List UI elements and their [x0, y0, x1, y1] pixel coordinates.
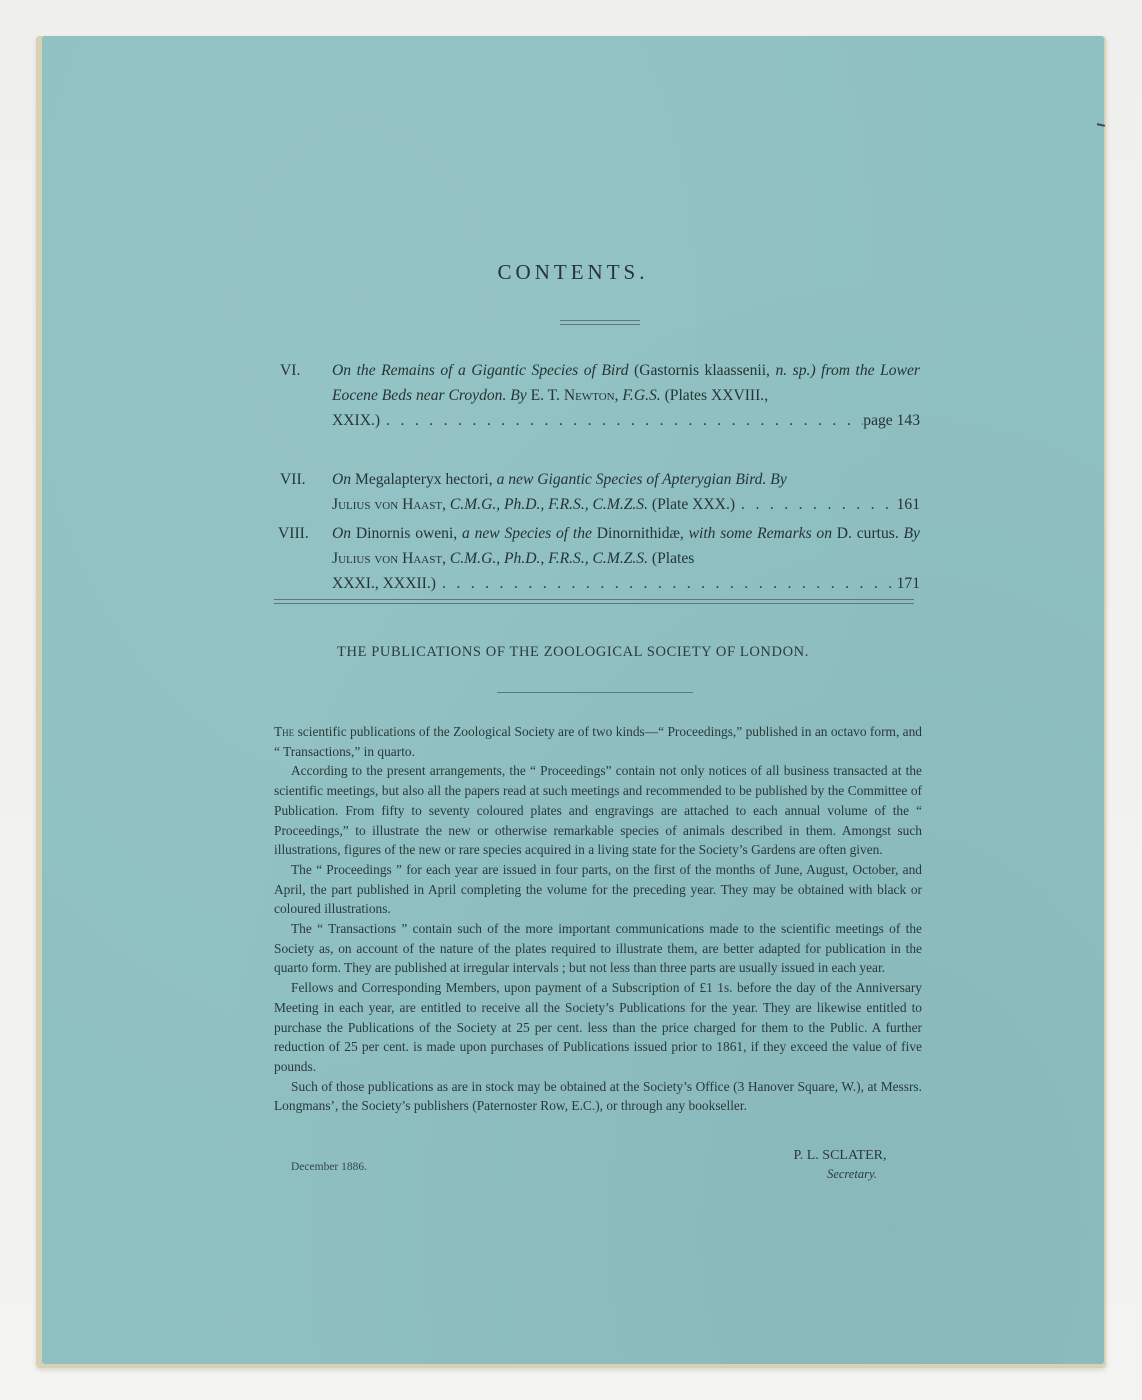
- divider-rule: [560, 320, 640, 325]
- entry-author: Julius von Haast: [332, 550, 442, 567]
- contents-entry-vii: VII. On Megalapteryx hectori, a new Giga…: [280, 467, 920, 517]
- signatory-name: P. L. SCLATER,: [760, 1146, 920, 1165]
- entry-on: On: [332, 525, 351, 542]
- entry-title: On the Remains of a Gigantic Species of …: [332, 362, 629, 379]
- paragraph: The “ Transactions ” contain such of the…: [274, 919, 922, 978]
- publications-heading: THE PUBLICATIONS OF THE ZOOLOGICAL SOCIE…: [42, 644, 1104, 661]
- entry-leader-line: XXXI., XXXII.) .........................…: [332, 571, 920, 596]
- entry-by: By: [904, 525, 920, 542]
- entry-by: By: [770, 471, 786, 488]
- contents-entry-vi: VI. On the Remains of a Gigantic Species…: [280, 358, 920, 433]
- entry-credentials: C.M.G., Ph.D., F.R.S., C.M.Z.S.: [450, 496, 648, 513]
- signature-block: P. L. SCLATER, Secretary.: [760, 1146, 920, 1184]
- paper-blemish: [1097, 123, 1105, 126]
- entry-plates: (Plates: [652, 550, 694, 567]
- paragraph: Fellows and Corresponding Members, upon …: [274, 978, 922, 1077]
- entry-taxon: Dinornis oweni,: [356, 525, 457, 542]
- entry-on: On: [332, 471, 351, 488]
- entry-title-cont: with some Remarks on: [689, 525, 832, 542]
- entry-author: Julius von Haast: [332, 496, 442, 513]
- entry-author: E. T. Newton: [531, 387, 615, 404]
- paragraph: Such of those publications as are in sto…: [274, 1077, 922, 1116]
- paragraph: According to the present arrangements, t…: [274, 761, 922, 860]
- entry-plates-cont: XXXI., XXXII.): [332, 571, 436, 596]
- entry-number: VII.: [280, 467, 306, 492]
- entry-taxon: (Gastornis klaassenii,: [629, 362, 776, 379]
- entry-number: VI.: [280, 358, 300, 383]
- entry-credentials: F.G.S.: [622, 387, 660, 404]
- paragraph-lead: The: [274, 724, 294, 739]
- entry-title: a new Species of the: [462, 525, 592, 542]
- entry-family: Dinornithidæ,: [597, 525, 684, 542]
- paragraph: The scientific publications of the Zoolo…: [274, 722, 922, 761]
- entry-number: VIII.: [278, 521, 309, 546]
- leader-dots: ........................................…: [380, 408, 863, 433]
- entry-taxon-note: n. sp.: [775, 362, 810, 379]
- entry-plates: (Plate XXX.): [652, 496, 735, 513]
- entry-title: a new Gigantic Species of Apterygian Bir…: [497, 471, 767, 488]
- journal-back-cover: CONTENTS. VI. On the Remains of a Gigant…: [42, 36, 1104, 1364]
- section-divider: [274, 599, 914, 604]
- entry-credentials: C.M.G., Ph.D., F.R.S., C.M.Z.S.: [450, 550, 648, 567]
- divider-rule: [497, 692, 693, 693]
- signatory-role: Secretary.: [760, 1165, 920, 1184]
- entry-leader-line: Julius von Haast, C.M.G., Ph.D., F.R.S.,…: [332, 492, 920, 517]
- paragraph: The “ Proceedings ” for each year are is…: [274, 860, 922, 919]
- entry-by: By: [510, 387, 526, 404]
- leader-dots: ........................................…: [436, 571, 897, 596]
- entry-taxon-2: D. curtus.: [837, 525, 899, 542]
- contents-entry-viii: VIII. On Dinornis oweni, a new Species o…: [280, 521, 920, 596]
- contents-heading: CONTENTS.: [42, 260, 1104, 285]
- entry-page: 161: [897, 492, 920, 517]
- entry-page: 171: [897, 571, 920, 596]
- date-line: December 1886.: [291, 1161, 367, 1173]
- entry-leader-line: XXIX.) .................................…: [332, 408, 920, 433]
- entry-page: page 143: [863, 408, 920, 433]
- publications-notice: The scientific publications of the Zoolo…: [274, 722, 922, 1116]
- entry-plates-cont: XXIX.): [332, 408, 380, 433]
- leader-dots: ....................: [735, 492, 897, 517]
- entry-plates: (Plates XXVIII.,: [665, 387, 769, 404]
- entry-taxon: Megalapteryx hectori,: [355, 471, 493, 488]
